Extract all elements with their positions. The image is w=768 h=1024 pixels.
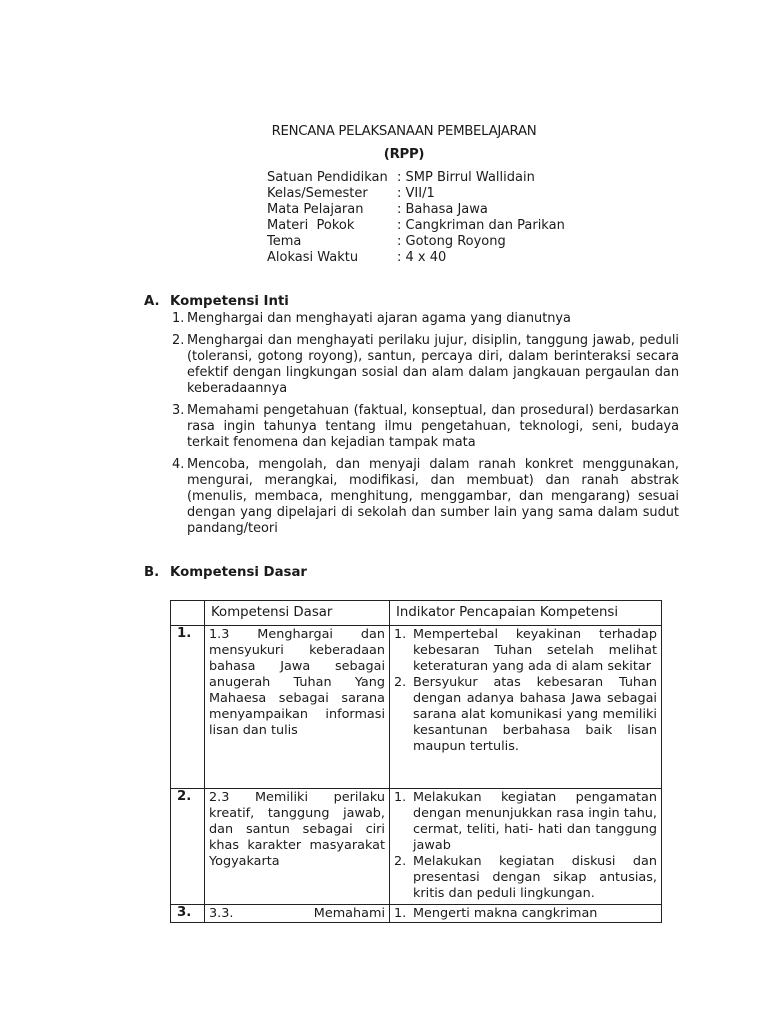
indicator-list: 1. Mengerti makna cangkriman [394, 905, 657, 922]
document-title: RENCANA PELAKSANAAN PEMBELAJARAN [0, 124, 768, 139]
indicator-cell: 1. Mengerti makna cangkriman [390, 905, 662, 923]
meta-label: Satuan Pendidikan [267, 170, 397, 186]
list-text: Mengerti makna cangkriman [413, 906, 657, 922]
list-number: 2. [172, 333, 187, 397]
meta-value: : SMP Birrul Wallidain [397, 170, 535, 186]
section-title: Kompetensi Dasar [170, 565, 307, 580]
indicator-list: 1. Melakukan kegiatan pengamatan dengan … [394, 789, 657, 902]
list-number: 1. [394, 627, 413, 675]
kd-cell: 2.3 Memiliki perilaku kreatif, tanggung … [205, 789, 390, 905]
document-meta: Satuan Pendidikan : SMP Birrul Wallidain… [267, 170, 565, 266]
kd-text: 3.3. Memahami [209, 905, 385, 922]
table-row: 1. 1.3 Menghargai dan mensyukuri keberad… [171, 626, 662, 789]
table-row: 3. 3.3. Memahami 1. Mengerti makna cangk… [171, 905, 662, 923]
indicator-list: 1. Mempertebal keyakinan terhadap kebesa… [394, 626, 657, 755]
indicator-cell: 1. Mempertebal keyakinan terhadap kebesa… [390, 626, 662, 789]
list-number: 1. [172, 311, 187, 327]
list-text: Mencoba, mengolah, dan menyaji dalam ran… [187, 457, 679, 537]
list-text: Menghargai dan menghayati perilaku jujur… [187, 333, 679, 397]
meta-label: Materi Pokok [267, 218, 397, 234]
list-number: 3. [172, 403, 187, 451]
list-item: 4. Mencoba, mengolah, dan menyaji dalam … [172, 457, 679, 537]
kd-cell: 1.3 Menghargai dan mensyukuri keberadaan… [205, 626, 390, 789]
list-item: 1. Melakukan kegiatan pengamatan dengan … [394, 790, 657, 854]
list-number: 2. [394, 675, 413, 755]
meta-row-mapel: Mata Pelajaran : Bahasa Jawa [267, 202, 565, 218]
list-text: Memahami pengetahuan (faktual, konseptua… [187, 403, 679, 451]
meta-value: : Bahasa Jawa [397, 202, 488, 218]
meta-value: : 4 x 40 [397, 250, 446, 266]
header-kompetensi-dasar: Kompetensi Dasar [205, 601, 390, 626]
section-a-heading: A.Kompetensi Inti [144, 294, 289, 309]
kompetensi-inti-list: 1. Menghargai dan menghayati ajaran agam… [172, 311, 679, 543]
list-text: Mempertebal keyakinan terhadap kebesaran… [413, 627, 657, 675]
list-number: 1. [394, 790, 413, 854]
list-item: 2. Bersyukur atas kebesaran Tuhan dengan… [394, 675, 657, 755]
list-item: 1. Mempertebal keyakinan terhadap kebesa… [394, 627, 657, 675]
list-item: 2. Menghargai dan menghayati perilaku ju… [172, 333, 679, 397]
header-no [171, 601, 205, 626]
meta-value: : Gotong Royong [397, 234, 506, 250]
document-page: RENCANA PELAKSANAAN PEMBELAJARAN (RPP) S… [0, 0, 768, 1024]
meta-row-tema: Tema : Gotong Royong [267, 234, 565, 250]
meta-label: Tema [267, 234, 397, 250]
table-row: 2. 2.3 Memiliki perilaku kreatif, tanggu… [171, 789, 662, 905]
row-number: 3. [171, 905, 205, 923]
meta-value: : VII/1 [397, 186, 435, 202]
section-letter: A. [144, 294, 170, 309]
table-header-row: Kompetensi Dasar Indikator Pencapaian Ko… [171, 601, 662, 626]
meta-row-satuan: Satuan Pendidikan : SMP Birrul Wallidain [267, 170, 565, 186]
kompetensi-dasar-table: Kompetensi Dasar Indikator Pencapaian Ko… [170, 600, 662, 923]
list-number: 4. [172, 457, 187, 537]
meta-row-kelas: Kelas/Semester : VII/1 [267, 186, 565, 202]
list-item: 3. Memahami pengetahuan (faktual, konsep… [172, 403, 679, 451]
list-item: 1. Menghargai dan menghayati ajaran agam… [172, 311, 679, 327]
list-number: 1. [394, 906, 413, 922]
section-title: Kompetensi Inti [170, 294, 289, 309]
section-letter: B. [144, 565, 170, 580]
kd-cell: 3.3. Memahami [205, 905, 390, 923]
list-text: Menghargai dan menghayati ajaran agama y… [187, 311, 679, 327]
document-subtitle: (RPP) [0, 147, 768, 162]
header-indikator: Indikator Pencapaian Kompetensi [390, 601, 662, 626]
row-number: 1. [171, 626, 205, 789]
meta-label: Mata Pelajaran [267, 202, 397, 218]
meta-value: : Cangkriman dan Parikan [397, 218, 565, 234]
kd-text: 2.3 Memiliki perilaku kreatif, tanggung … [209, 789, 385, 870]
list-text: Melakukan kegiatan diskusi dan presentas… [413, 854, 657, 902]
meta-row-alokasi: Alokasi Waktu : 4 x 40 [267, 250, 565, 266]
row-number: 2. [171, 789, 205, 905]
list-text: Melakukan kegiatan pengamatan dengan men… [413, 790, 657, 854]
meta-row-materi: Materi Pokok : Cangkriman dan Parikan [267, 218, 565, 234]
list-text: Bersyukur atas kebesaran Tuhan dengan ad… [413, 675, 657, 755]
list-item: 1. Mengerti makna cangkriman [394, 906, 657, 922]
list-number: 2. [394, 854, 413, 902]
list-item: 2. Melakukan kegiatan diskusi dan presen… [394, 854, 657, 902]
meta-label: Kelas/Semester [267, 186, 397, 202]
indicator-cell: 1. Melakukan kegiatan pengamatan dengan … [390, 789, 662, 905]
section-b-heading: B.Kompetensi Dasar [144, 565, 307, 580]
meta-label: Alokasi Waktu [267, 250, 397, 266]
kd-text: 1.3 Menghargai dan mensyukuri keberadaan… [209, 626, 385, 739]
